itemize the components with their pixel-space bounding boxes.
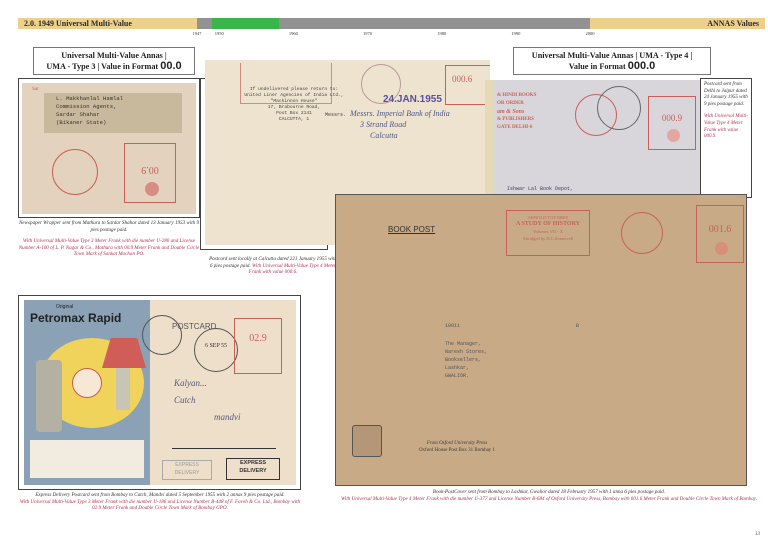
type4-title-box: Universal Multi-Value Annas | UMA - Type… (513, 47, 711, 75)
address-line: Booksellers, (445, 356, 487, 364)
express-postcard-image: Original Petromax Rapid POSTCARD 6 SEP 5… (24, 300, 296, 485)
values-title: ANNAS Values (707, 18, 759, 29)
type3-title-line2: UMA - Type 3 | Value in Format (46, 62, 158, 71)
sender-line: & PUBLISHERS (497, 116, 536, 124)
lantern-icon (36, 360, 62, 432)
meter-frank: 001.6 (696, 205, 744, 263)
bombay-gpo-mark (142, 315, 182, 355)
meter-value: 000.6 (452, 74, 472, 84)
express-stamp-faint: EXPRESS DELIVERY (162, 460, 212, 480)
wrapper-note-text: With Universal Multi-Value Type 3 Meter … (18, 238, 200, 258)
type4-title-line2: Value in Format (569, 62, 626, 71)
book-post-cover-image: BOOK POST ARNOLD TOYNBEE A STUDY OF HIST… (336, 195, 746, 485)
wrapper-stamp-text: Sar (32, 87, 39, 92)
express-line: EXPRESS (163, 461, 211, 469)
delhi-caption: Postcard sent from Delhi to Jaipur dated… (704, 82, 750, 141)
type4-format: 000.0 (628, 60, 656, 72)
timeline-bar (197, 18, 590, 29)
meter-emblem-icon (145, 182, 159, 196)
wrapper-address-label: L. Makkhanlal Hamlal Commission Agents, … (44, 93, 182, 133)
slogan-line: Volumes VII - X (507, 228, 589, 235)
sender-line: From Oxford University Press (392, 440, 522, 447)
sender-line: OR ORDER (497, 100, 536, 108)
return-line: CALCUTTA, 1 (219, 117, 369, 123)
handwritten-address: Messrs. Imperial Bank of India 3 Strand … (350, 108, 450, 141)
express-line: EXPRESS (227, 459, 279, 467)
type4-title-line1: Universal Multi-Value Annas | UMA - Type… (518, 50, 706, 61)
address-line: mandvi (174, 409, 241, 426)
calcutta-caption: Postcard sent locally at Calcutta dated … (208, 256, 338, 276)
timeline-tick-label: 1970 (363, 31, 372, 36)
wrapper-caption-text: Newspaper Wrapper sent from Mathura to S… (18, 220, 200, 233)
sender-line: & HINDI BOOKS (497, 92, 536, 100)
messrs-label: Messrs. (325, 112, 346, 118)
slogan-line: ARNOLD TOYNBEE (507, 214, 589, 221)
meter-value: 00.9 (125, 164, 175, 175)
address-line: Kalyan... (174, 375, 241, 392)
delhi-note-text: With Universal Multi-Value Type 4 Meter … (704, 114, 750, 140)
book-post-caption: Book-PostCover sent from Bombay to Lashk… (330, 489, 768, 502)
address-line: (Bikaner State) (56, 119, 170, 127)
timeline-tick-label: 1947 (193, 31, 202, 36)
type3-format: 00.0 (160, 60, 181, 72)
brand-small: Original (56, 304, 73, 310)
meter-emblem-icon (667, 129, 680, 142)
timeline-tick-label: 1950 (215, 31, 224, 36)
address-line: Messrs. Imperial Bank of India (350, 108, 450, 119)
card-edge (485, 80, 493, 195)
sender-imprint: & HINDI BOOKS OR ORDER am & Sons & PUBLI… (497, 92, 536, 132)
brand-name: Petromax Rapid (30, 311, 121, 325)
address-line: Cutch (174, 392, 241, 409)
lamp-base-icon (116, 368, 130, 410)
reference-mark: B (576, 323, 579, 329)
date-town-mark: 6 SEP 55 (194, 328, 238, 372)
date-stamp: 6 SEP 55 (195, 343, 237, 349)
meter-value: 000.9 (649, 113, 695, 123)
sender-line: Oxford House Post Box 31 Bombay 1 (392, 447, 522, 454)
address-line: Lashkar, (445, 364, 487, 372)
timeline-tick-label: 1980 (437, 31, 446, 36)
address-line: Naresh Stores, (445, 348, 487, 356)
calcutta-note-text: With Universal Multi-Value Type 4 Meter … (249, 263, 336, 276)
meter-frank: 000.6 (445, 65, 490, 105)
slogan-box: ARNOLD TOYNBEE A STUDY OF HISTORY Volume… (506, 210, 590, 256)
timeline-tick-label: 1960 (289, 31, 298, 36)
town-mark-stamp (52, 149, 98, 195)
page-number: 13 (755, 532, 760, 537)
handwritten-address: Kalyan... Cutch mandvi (174, 375, 241, 426)
address-line: GWALIOR. (445, 372, 487, 380)
petromax-advert: Original Petromax Rapid (24, 300, 150, 485)
section-title: 2.0. 1949 Universal Multi-Value (24, 18, 132, 29)
timeline-tick-label: 2000 (586, 31, 595, 36)
delhi-caption-text: Postcard sent from Delhi to Jaipur dated… (704, 82, 750, 108)
timeline-tick-label: 1990 (511, 31, 520, 36)
return-address: If undelivered please return to: United … (219, 87, 369, 123)
type3-title-box: Universal Multi-Value Annas | UMA - Type… (33, 47, 195, 75)
meter-value: 02.9 (235, 333, 281, 344)
sender-line: GATE DELHI-6 (497, 124, 536, 132)
meter-frank: 02.9 (234, 318, 282, 374)
meter-frank: 000.9 (648, 96, 696, 150)
oup-crest-icon (352, 425, 382, 457)
express-note-text: With Universal Multi-Value Type 3 Meter … (16, 499, 304, 512)
timeline-ticks: 1947195019601970198019902000 (0, 31, 768, 39)
address-line: Calcutta (350, 130, 450, 141)
meter-value: 001.6 (697, 224, 743, 235)
express-line: DELIVERY (227, 467, 279, 475)
jaipur-delivery-mark (597, 86, 641, 130)
address-line: Sardar Shahar (56, 111, 170, 119)
meter-frank: 00.9 (124, 143, 176, 203)
address-line: The Manager, (445, 340, 487, 348)
newspaper-wrapper-image: Sar L. Makkhanlal Hamlal Commission Agen… (22, 83, 196, 214)
advert-blank-panel (30, 440, 144, 478)
reference-number: 10011 (445, 323, 460, 329)
book-post-label: BOOK POST (388, 225, 435, 234)
wrapper-caption: Newspaper Wrapper sent from Mathura to S… (18, 220, 200, 258)
timeline-highlight (212, 18, 279, 29)
meter-emblem-icon (715, 242, 728, 255)
date-stamp: 24.JAN.1955 (383, 94, 442, 105)
bombay-town-mark (621, 212, 663, 254)
sender-line: am & Sons (497, 108, 536, 116)
address-line: L. Makkhanlal Hamlal (56, 95, 170, 103)
sender-imprint: From Oxford University Press Oxford Hous… (392, 440, 522, 454)
express-caption: Express Delivery Postcard sent from Bomb… (16, 492, 304, 512)
address-line: Commission Agents, (56, 103, 170, 111)
book-post-caption-text: Book-PostCover sent from Bombay to Lashk… (330, 489, 768, 496)
recipient-address: The Manager, Naresh Stores, Booksellers,… (445, 340, 487, 380)
book-post-note-text: With Universal Multi-Value Type 4 Meter … (330, 496, 768, 503)
slogan-line: A STUDY OF HISTORY (507, 221, 589, 228)
delhi-address: Ishwar Lal Book Depot, (507, 186, 573, 192)
address-line: 3 Strand Road (350, 119, 450, 130)
express-caption-text: Express Delivery Postcard sent from Bomb… (16, 492, 304, 499)
express-delivery-stamp: EXPRESS DELIVERY (226, 458, 280, 480)
crab-logo-icon (72, 368, 102, 398)
slogan-line: Abridged by D.C.Somervell (507, 235, 589, 242)
express-line: DELIVERY (163, 469, 211, 477)
address-rule (172, 448, 276, 449)
delhi-postcard-image: & HINDI BOOKS OR ORDER am & Sons & PUBLI… (485, 80, 700, 195)
